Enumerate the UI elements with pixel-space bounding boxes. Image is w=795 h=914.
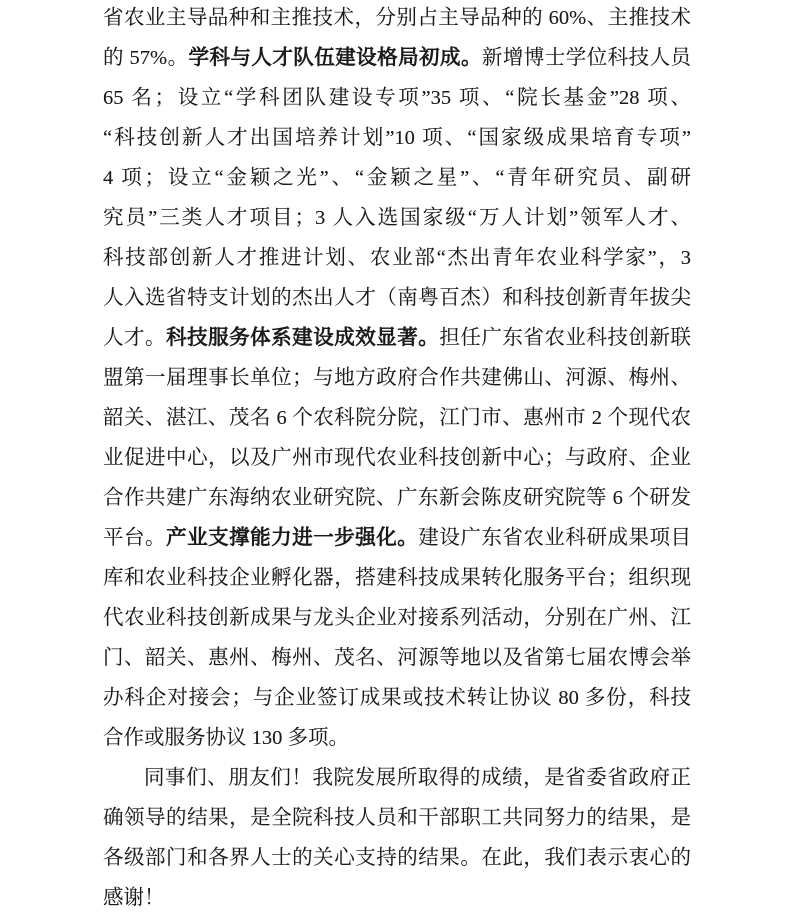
bold-heading-segment: 产业支撑能力进一步强化。: [166, 527, 418, 549]
text-segment: 人才。: [103, 327, 166, 349]
text-line: 业促进中心，以及广州市现代农业科技创新中心；与政府、企业: [103, 438, 691, 478]
text-line: 各级部门和各界人士的关心支持的结果。在此，我们表示衷心的: [103, 838, 691, 878]
text-segment: 究员”三类人才项目；3 人入选国家级“万人计划”领军人才、: [103, 207, 691, 229]
text-line: 代农业科技创新成果与龙头企业对接系列活动，分别在广州、江: [103, 598, 691, 638]
text-segment: 业促进中心，以及广州市现代农业科技创新中心；与政府、企业: [103, 447, 691, 469]
text-segment: 确领导的结果，是全院科技人员和干部职工共同努力的结果，是: [103, 807, 691, 829]
text-segment: 65 名；设立“学科团队建设专项”35 项、“院长基金”28 项、: [103, 87, 691, 109]
text-segment: 合作或服务协议 130 多项。: [103, 727, 349, 749]
text-segment: 4 项；设立“金颖之光”、“金颖之星”、“青年研究员、副研: [103, 167, 691, 189]
text-line: 科技部创新人才推进计划、农业部“杰出青年农业科学家”，3: [103, 238, 691, 278]
text-segment: 韶关、湛江、茂名 6 个农科院分院，江门市、惠州市 2 个现代农: [103, 407, 691, 429]
text-line: 的 57%。学科与人才队伍建设格局初成。新增博士学位科技人员: [103, 38, 691, 78]
text-segment: 感谢！: [103, 887, 165, 909]
bold-heading-segment: 科技服务体系建设成效显著。: [166, 327, 439, 349]
text-line: 究员”三类人才项目；3 人入选国家级“万人计划”领军人才、: [103, 198, 691, 238]
text-segment: 各级部门和各界人士的关心支持的结果。在此，我们表示衷心的: [103, 847, 691, 869]
text-line: 库和农业科技企业孵化器，搭建科技成果转化服务平台；组织现: [103, 558, 691, 598]
text-line: 4 项；设立“金颖之光”、“金颖之星”、“青年研究员、副研: [103, 158, 691, 198]
text-line: “科技创新人才出国培养计划”10 项、“国家级成果培育专项”: [103, 118, 691, 158]
text-segment: 省农业主导品种和主推技术，分别占主导品种的 60%、主推技术: [103, 7, 691, 29]
text-line: 人才。科技服务体系建设成效显著。担任广东省农业科技创新联: [103, 318, 691, 358]
text-segment: 合作共建广东海纳农业研究院、广东新会陈皮研究院等 6 个研发: [103, 487, 691, 509]
text-line: 平台。产业支撑能力进一步强化。建设广东省农业科研成果项目: [103, 518, 691, 558]
text-line: 人入选省特支计划的杰出人才（南粤百杰）和科技创新青年拔尖: [103, 278, 691, 318]
text-segment: 建设广东省农业科研成果项目: [418, 527, 691, 549]
text-segment: 同事们、朋友们！我院发展所取得的成绩，是省委省政府正: [144, 767, 691, 789]
text-line: 65 名；设立“学科团队建设专项”35 项、“院长基金”28 项、: [103, 78, 691, 118]
text-line: 确领导的结果，是全院科技人员和干部职工共同努力的结果，是: [103, 798, 691, 838]
text-segment: 门、韶关、惠州、梅州、茂名、河源等地以及省第七届农博会举: [103, 647, 691, 669]
text-segment: 的 57%。: [103, 47, 189, 69]
text-line: 感谢！: [103, 878, 691, 914]
document-page: 省农业主导品种和主推技术，分别占主导品种的 60%、主推技术的 57%。学科与人…: [0, 0, 795, 914]
text-segment: 库和农业科技企业孵化器，搭建科技成果转化服务平台；组织现: [103, 567, 691, 589]
text-segment: 办科企对接会；与企业签订成果或技术转让协议 80 多份，科技: [103, 687, 691, 709]
text-segment: 担任广东省农业科技创新联: [439, 327, 691, 349]
text-line: 同事们、朋友们！我院发展所取得的成绩，是省委省政府正: [103, 758, 691, 798]
text-line: 办科企对接会；与企业签订成果或技术转让协议 80 多份，科技: [103, 678, 691, 718]
text-line: 省农业主导品种和主推技术，分别占主导品种的 60%、主推技术: [103, 0, 691, 38]
text-segment: 新增博士学位科技人员: [482, 47, 691, 69]
document-body: 省农业主导品种和主推技术，分别占主导品种的 60%、主推技术的 57%。学科与人…: [103, 0, 691, 914]
text-segment: 科技部创新人才推进计划、农业部“杰出青年农业科学家”，3: [103, 247, 691, 269]
text-segment: 平台。: [103, 527, 166, 549]
bold-heading-segment: 学科与人才队伍建设格局初成。: [189, 47, 482, 69]
text-line: 合作或服务协议 130 多项。: [103, 718, 691, 758]
text-line: 合作共建广东海纳农业研究院、广东新会陈皮研究院等 6 个研发: [103, 478, 691, 518]
text-line: 门、韶关、惠州、梅州、茂名、河源等地以及省第七届农博会举: [103, 638, 691, 678]
text-line: 韶关、湛江、茂名 6 个农科院分院，江门市、惠州市 2 个现代农: [103, 398, 691, 438]
text-segment: 人入选省特支计划的杰出人才（南粤百杰）和科技创新青年拔尖: [103, 287, 691, 309]
text-segment: 代农业科技创新成果与龙头企业对接系列活动，分别在广州、江: [103, 607, 691, 629]
text-segment: “科技创新人才出国培养计划”10 项、“国家级成果培育专项”: [103, 127, 691, 149]
text-segment: 盟第一届理事长单位；与地方政府合作共建佛山、河源、梅州、: [103, 367, 691, 389]
text-line: 盟第一届理事长单位；与地方政府合作共建佛山、河源、梅州、: [103, 358, 691, 398]
